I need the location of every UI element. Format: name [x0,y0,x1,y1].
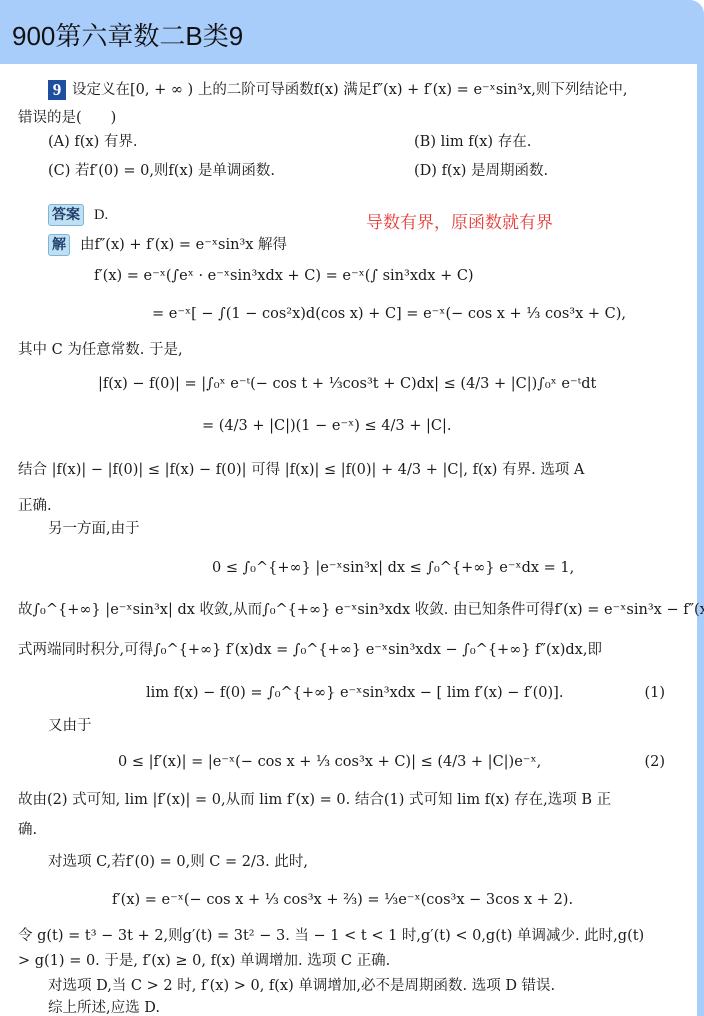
solution-line-19: 令 g(t) = t³ − 3t + 2,则g′(t) = 3t² − 3. 当… [18,926,644,946]
solution-line-5: = (4/3 + |C|)(1 − e⁻ˣ) ≤ 4/3 + |C|. [202,416,451,436]
title-bar: 900第六章数二B类9 [0,0,704,64]
solution-tag: 解 [48,234,70,256]
solution-line-16: 确. [18,820,37,840]
option-b: (B) lim f(x) 存在. [414,132,531,152]
solution-line-20: > g(1) = 0. 于是, f′(x) ≥ 0, f(x) 单调增加. 选项… [18,951,390,971]
solution-line-1: f′(x) = e⁻ˣ(∫eˣ · e⁻ˣsin³xdx + C) = e⁻ˣ(… [94,266,474,286]
equation-2: 0 ≤ |f′(x)| = |e⁻ˣ(− cos x + ⅓ cos³x + C… [118,752,681,772]
problem-stem-line2: 错误的是( ) [18,108,116,128]
answer-tag: 答案 [48,204,84,226]
option-a: (A) f(x) 有界. [48,132,137,152]
solution-line-6: 结合 |f(x)| − |f(0)| ≤ |f(x) − f(0)| 可得 |f… [18,460,584,480]
solution-line-8: 另一方面,由于 [48,519,140,539]
solution-line-11: 式两端同时积分,可得∫₀^{+∞} f′(x)dx = ∫₀^{+∞} e⁻ˣs… [18,640,602,660]
answer-value: D. [94,207,108,223]
solution-line-4: |f(x) − f(0)| = |∫₀ˣ e⁻ᵗ(− cos t + ⅓cos³… [98,374,596,394]
page-title: 900第六章数二B类9 [12,16,243,53]
handwritten-annotation: 导数有界，原函数就有界 [366,208,553,233]
solution-line-17: 对选项 C,若f′(0) = 0,则 C = 2/3. 此时, [48,852,308,872]
solution-line-21: 对选项 D,当 C > 2 时, f′(x) > 0, f(x) 单调增加,必不… [48,976,555,996]
problem-stem-line1: 9设定义在[0, + ∞ ) 上的二阶可导函数f(x) 满足f″(x) + f′… [48,80,627,100]
solution-line-2: = e⁻ˣ[ − ∫(1 − cos²x)d(cos x) + C] = e⁻ˣ… [152,304,626,324]
scrollbar-strip[interactable] [697,64,704,1016]
equation-1: lim f(x) − f(0) = ∫₀^{+∞} e⁻ˣsin³xdx − [… [146,683,681,703]
solution-line-13: 又由于 [48,716,92,736]
solution-line-0: 解由f″(x) + f′(x) = e⁻ˣsin³x 解得 [48,234,287,256]
document-page: 9设定义在[0, + ∞ ) 上的二阶可导函数f(x) 满足f″(x) + f′… [0,64,697,1016]
solution-line-3: 其中 C 为任意常数. 于是, [18,340,183,360]
solution-line-18: f′(x) = e⁻ˣ(− cos x + ⅓ cos³x + ⅔) = ⅓e⁻… [112,890,573,910]
solution-line-22: 综上所述,应选 D. [48,998,160,1016]
problem-number-badge: 9 [48,80,66,100]
option-d: (D) f(x) 是周期函数. [414,161,548,181]
solution-line-9: 0 ≤ ∫₀^{+∞} |e⁻ˣsin³x| dx ≤ ∫₀^{+∞} e⁻ˣd… [212,558,574,578]
solution-line-15: 故由(2) 式可知, lim |f′(x)| = 0,从而 lim f′(x) … [18,790,611,810]
answer-line: 答案D. [48,204,108,226]
solution-line-10: 故∫₀^{+∞} |e⁻ˣsin³x| dx 收敛,从而∫₀^{+∞} e⁻ˣs… [18,600,704,620]
solution-line-7: 正确. [18,496,52,516]
equation-number-2: (2) [644,752,665,772]
option-c: (C) 若f′(0) = 0,则f(x) 是单调函数. [48,161,275,181]
equation-number-1: (1) [644,683,665,703]
